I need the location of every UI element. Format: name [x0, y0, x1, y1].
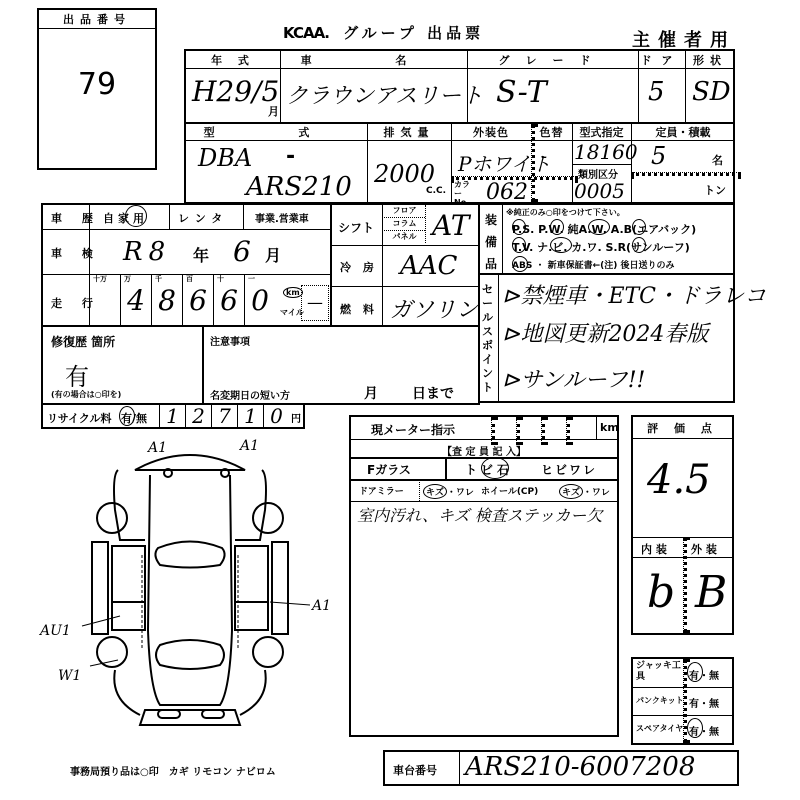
- grade-value: S-T: [496, 75, 547, 110]
- sales-points-label: セールスポイント: [482, 283, 496, 395]
- inspection-month-unit: 月: [265, 243, 281, 266]
- capacity-unit: 名: [712, 152, 723, 168]
- equipment-line2: T.V. ナ.ビ. カ.ワ. S.R(サンルーフ): [512, 239, 690, 255]
- vehicle-info-row1: 年 式 車 名 グレード ドア 形状 H29/5 月 クラウンアスリート S-T…: [184, 49, 735, 124]
- mileage-digit-label: 万: [121, 274, 151, 284]
- caution-label: 注意事項: [210, 333, 250, 348]
- color-label: 外装色: [451, 124, 531, 140]
- type-designation-label: 型式指定: [572, 124, 631, 140]
- history-option-rental[interactable]: レンタ: [178, 210, 228, 226]
- sales-points-block: セールスポイント ⊳禁煙車・ETC・ドラレコ ⊳地図更新2024春版 ⊳サンルー…: [478, 273, 735, 403]
- tool-spare-tire-label: スペアタイヤ: [636, 723, 683, 734]
- displacement-value: 2000: [374, 160, 435, 188]
- wheel-option-scratch[interactable]: キズ: [559, 484, 583, 499]
- mileage-digit-label: 千: [152, 274, 182, 284]
- sales-point-3-text: サンルーフ!!: [520, 368, 645, 393]
- mileage-digit-cell: 十万: [89, 274, 120, 325]
- color-no-value: 062: [486, 180, 528, 205]
- sales-point-1-text: 禁煙車・ETC・ドラレコ: [520, 284, 766, 309]
- wheel-options[interactable]: キズ・ワレ: [559, 484, 610, 499]
- mileage-digit-label: 十: [214, 274, 244, 284]
- equipment-line3: ABS ・ 新車保証書←(注) 後日送りのみ: [512, 258, 674, 271]
- history-option-business[interactable]: 事業.営業車: [255, 210, 309, 225]
- inspection-label: 車 検: [51, 245, 101, 261]
- recycle-digit: 1: [237, 405, 263, 427]
- recycle-digit: 1: [159, 405, 185, 427]
- interior-label: 内 装: [641, 541, 667, 557]
- lot-number-value: 79: [39, 67, 155, 102]
- fglass-label: Fガラス: [367, 461, 411, 478]
- caution-block: 注意事項 名変期日の短い方 月 日まで: [202, 325, 480, 405]
- office-items: 事務局預り品は○印 カギ リモコン ナビロム: [70, 763, 276, 778]
- sales-point-2: ⊳地図更新2024春版: [502, 317, 708, 348]
- sales-point-1: ⊳禁煙車・ETC・ドラレコ: [502, 279, 766, 310]
- load-unit: トン: [704, 182, 726, 198]
- exterior-label: 外 装: [691, 541, 717, 557]
- capacity-value: 5: [651, 142, 666, 170]
- grade-score: 4.5: [647, 457, 711, 503]
- inspector-header: 【査 定 員 記 入】: [351, 443, 617, 458]
- mileage-box: —: [301, 285, 329, 321]
- fglass-option-crack[interactable]: ヒビワレ: [541, 461, 597, 478]
- ac-value: AAC: [400, 251, 457, 281]
- damage-mark-front-left: A1: [146, 440, 167, 456]
- lot-number-label: 出品番号: [39, 10, 155, 29]
- model-value: ARS210: [246, 172, 352, 202]
- grade-label: グレード: [467, 52, 638, 68]
- ac-label: 冷 房: [340, 259, 378, 275]
- meter-unit: km: [600, 421, 619, 434]
- name-change-month: 月: [364, 383, 378, 403]
- history-selected-circle: [125, 205, 147, 227]
- equipment-block: 装備品 ※純正のみ○印をつけて下さい。 P.S. P.W. 純A.W. A.B(…: [478, 203, 735, 275]
- damage-mark-right-door: A1: [310, 598, 331, 614]
- repaint-value: -: [541, 146, 547, 167]
- meter-label: 現メーター指示: [371, 421, 455, 438]
- tool-puncture-kit-label: パンクキット: [636, 695, 684, 706]
- shift-value: AT: [432, 209, 469, 242]
- recycle-digit: 7: [211, 405, 237, 427]
- recycle-digit: 2: [185, 405, 211, 427]
- doors-label: ドア: [638, 52, 685, 68]
- shape-value: SD: [692, 77, 731, 107]
- repair-history-note: (有の場合は○印を): [51, 389, 121, 400]
- mirror-option-scratch[interactable]: キズ: [423, 484, 447, 499]
- mileage-digit-label: 百: [183, 274, 213, 284]
- displacement-label: 排気量: [367, 124, 451, 140]
- tool-puncture-kit-options[interactable]: 有・無: [689, 695, 719, 710]
- lot-number-box: 出品番号 79: [37, 8, 157, 170]
- recycle-label: リサイクル料: [47, 410, 111, 426]
- mileage-digit-cell: 百6: [182, 274, 213, 325]
- fuel-label: 燃 料: [340, 301, 378, 317]
- shape-label: 形状: [685, 52, 735, 68]
- repair-history-label: 修復歴 箇所: [51, 333, 115, 350]
- meter-block: 現メーター指示 km 【査 定 員 記 入】 Fガラス トビ石 ヒビワレ ドアミ…: [349, 415, 619, 737]
- inspector-notes: 室内汚れ、キズ 検査ステッカー欠: [357, 503, 602, 526]
- sheet-title: KCAA. グループ 出品票: [283, 22, 484, 43]
- chassis-value: ARS210-6007208: [465, 752, 695, 782]
- tool-jack-label: ジャッキ工具: [636, 661, 682, 683]
- inspection-month: 6: [233, 235, 251, 268]
- mileage-digit-value: 8: [152, 284, 182, 317]
- fuel-value: ガソリン: [390, 293, 478, 324]
- inspection-year-unit: 年: [193, 243, 209, 266]
- month-unit: 月: [268, 103, 279, 119]
- car-damage-diagram: A1 A1 A1 AU1 W1: [30, 430, 350, 730]
- wheel-option-crack[interactable]: ワレ: [592, 488, 610, 498]
- chassis-label: 車台番号: [393, 762, 437, 778]
- equipment-label: 装備品: [485, 209, 499, 275]
- model-prefix: DBA: [198, 144, 252, 172]
- mileage-digit-label: 一: [245, 274, 275, 284]
- repaint-label: 色替: [531, 124, 572, 140]
- damage-mark-front-right: A1: [238, 438, 259, 454]
- mirror-option-crack[interactable]: ワレ: [456, 488, 474, 498]
- shift-option-panel[interactable]: パネル: [384, 231, 425, 243]
- name-label: 車 名: [280, 52, 467, 68]
- mileage-digit-value: 6: [214, 284, 244, 317]
- mileage-digit-cell: 十6: [213, 274, 244, 325]
- recycle-block: リサイクル料 有/無 円 12710: [41, 403, 305, 429]
- mileage-digit-value: 0: [245, 284, 275, 317]
- displacement-unit: C.C.: [426, 186, 446, 196]
- sales-point-2-text: 地図更新2024春版: [520, 322, 708, 347]
- name-change-day: 日まで: [412, 383, 454, 403]
- sales-point-3: ⊳サンルーフ!!: [502, 363, 645, 394]
- year-value: H29/5: [192, 75, 279, 108]
- model-label: 型 式: [186, 124, 367, 140]
- color-value: Pホワイト: [458, 148, 551, 177]
- tools-block: ジャッキ工具 有・無 パンクキット 有・無 スペアタイヤ 有・無: [631, 657, 734, 745]
- specs-block: シフト フロア コラム パネル AT 冷 房 AAC 燃 料 ガソリン: [330, 203, 480, 327]
- chassis-number-block: 車台番号 ARS210-6007208: [383, 750, 739, 786]
- name-change-label: 名変期日の短い方: [210, 387, 290, 402]
- mirror-options[interactable]: キズ・ワレ: [423, 484, 474, 499]
- sheet-title-text: . グループ 出品票: [324, 24, 484, 42]
- shift-options: フロア コラム パネル: [384, 205, 426, 243]
- damage-mark-left-door: AU1: [38, 623, 71, 639]
- history-block: 車 歴 自家用 レンタ 事業.営業車 車 検 R8 年 6 月 走 行 km マ…: [41, 203, 332, 327]
- doors-value: 5: [648, 77, 665, 107]
- mileage-unit-km[interactable]: km: [283, 287, 303, 298]
- vehicle-info-row2: 型 式 排気量 外装色 色替 型式指定 定員・積載 DBA - ARS210 2…: [184, 122, 735, 204]
- equipment-note: ※純正のみ○印をつけて下さい。: [506, 207, 625, 218]
- model-dash: -: [286, 144, 295, 169]
- interior-grade: b: [647, 567, 675, 618]
- history-label: 車 歴: [51, 210, 101, 226]
- mileage-digit-value: 6: [183, 284, 213, 317]
- recycle-digit: 0: [263, 405, 289, 427]
- wheel-label: ホイール(CP): [481, 484, 538, 497]
- shift-option-column[interactable]: コラム: [384, 217, 425, 231]
- damage-mark-left-wheel: W1: [58, 668, 81, 684]
- mileage-digit-cell: 万4: [120, 274, 151, 325]
- shift-option-floor[interactable]: フロア: [384, 205, 425, 217]
- grade-label: 評 価 点: [633, 420, 732, 436]
- repair-history-block: 修復歴 箇所 有 (有の場合は○印を): [41, 325, 204, 405]
- mileage-digit-cell: 一0: [244, 274, 275, 325]
- brand-logo: KCAA: [283, 24, 324, 42]
- year-label: 年 式: [186, 52, 280, 68]
- repair-history-value: 有: [65, 357, 89, 392]
- exterior-grade: B: [695, 567, 727, 618]
- mileage-digit-cell: 千8: [151, 274, 182, 325]
- category-value: 0005: [574, 179, 625, 203]
- grade-block: 評 価 点 4.5 内 装 外 装 b B: [631, 415, 734, 635]
- recycle-unit: 円: [291, 410, 301, 425]
- mirror-label: ドアミラー: [359, 484, 404, 497]
- capacity-label: 定員・積載: [631, 124, 735, 140]
- shift-label: シフト: [338, 219, 374, 236]
- inspection-era: R8: [123, 237, 171, 267]
- mileage-digit-value: 4: [121, 284, 151, 317]
- type-designation-value: 18160: [574, 140, 638, 164]
- mileage-digit-label: 十万: [90, 274, 120, 284]
- car-name-value: クラウンアスリート: [286, 79, 483, 110]
